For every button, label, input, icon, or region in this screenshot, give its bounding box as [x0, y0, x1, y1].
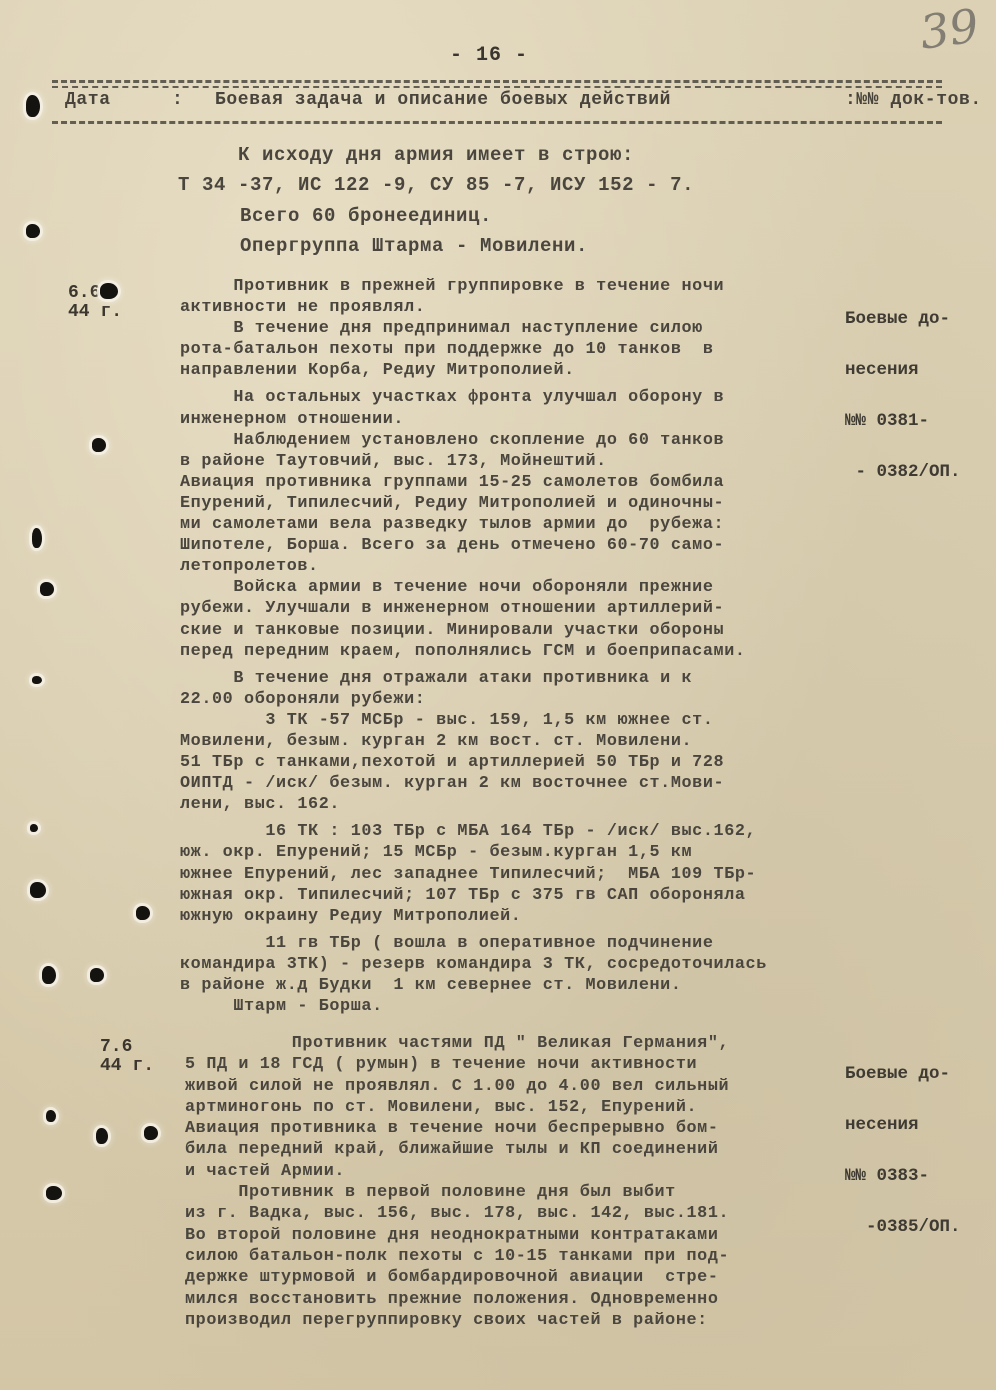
entry-date-year: 44 г. — [68, 303, 122, 322]
punch-hole — [42, 966, 56, 984]
entry-text-line: направлении Корба, Редиу Митрополией. — [180, 360, 767, 381]
entry-text-line: Во второй половине дня неоднократными ко… — [185, 1225, 729, 1246]
header-task-column: Боевая задача и описание боевых действий — [215, 90, 671, 110]
entry-text-line: Шипотеле, Борша. Всего за день отмечено … — [180, 535, 767, 556]
punch-hole — [30, 824, 38, 832]
entry-text-line: активности не проявлял. — [180, 297, 767, 318]
punch-hole — [26, 224, 40, 238]
entry-reference: Боевые до- несения №№ 0383- -0385/ОП. — [845, 1032, 961, 1270]
entry-text-line: 22.00 обороняли рубежи: — [180, 689, 767, 710]
entry-text-line: рубежи. Улучшали в инженерном отношении … — [180, 598, 767, 619]
intro-line: Т 34 -37, ИС 122 -9, СУ 85 -7, ИСУ 152 -… — [178, 175, 694, 197]
entry-text-line: Мовилени, безым. курган 2 км вост. ст. М… — [180, 731, 767, 752]
entry-text-line: ОИПТД - /иск/ безым. курган 2 км восточн… — [180, 773, 767, 794]
entry-text-line: Противник в первой половине дня был выби… — [185, 1182, 729, 1203]
punch-hole — [46, 1186, 62, 1200]
header-docs-column: :№№ док-тов. — [845, 90, 982, 110]
punch-hole — [96, 1128, 108, 1144]
entry-text-line: 11 гв ТБр ( вошла в оперативное подчинен… — [180, 933, 767, 954]
header-rule-top-2 — [52, 86, 942, 88]
document-page: 39 - 16 - Дата : Боевая задача и описани… — [0, 0, 996, 1390]
intro-line: Опергруппа Штарма - Мовилени. — [240, 236, 588, 258]
entry-text-line: в районе ж.д Будки 1 км севернее ст. Мов… — [180, 975, 767, 996]
punch-hole — [32, 528, 42, 548]
entry-text-line: ские и танковые позиции. Минировали учас… — [180, 620, 767, 641]
entry-text-line: Епурений, Типилесчий, Редиу Митрополией … — [180, 493, 767, 514]
punch-hole — [30, 882, 46, 898]
intro-line: Всего 60 бронеединиц. — [240, 206, 492, 228]
entry-body: Противник в прежней группировке в течени… — [180, 276, 767, 1017]
header-date-column: Дата — [65, 90, 111, 110]
entry-text-line: Наблюдением установлено скопление до 60 … — [180, 430, 767, 451]
reference-line: №№ 0383- — [845, 1168, 961, 1185]
header-separator: : — [172, 90, 183, 110]
page-number: - 16 - — [450, 44, 528, 67]
punch-hole — [40, 582, 54, 596]
reference-line: - 0382/ОП. — [845, 464, 961, 481]
header-rule-top — [52, 80, 942, 83]
punch-hole — [90, 968, 104, 982]
archive-folio-number: 39 — [917, 0, 982, 60]
entry-text-line: Штарм - Борша. — [180, 996, 767, 1017]
punch-hole — [144, 1126, 158, 1140]
entry-text-line: силою батальон-полк пехоты с 10-15 танка… — [185, 1246, 729, 1267]
entry-text-line: летопролетов. — [180, 556, 767, 577]
punch-hole — [136, 906, 150, 920]
punch-hole — [100, 283, 118, 299]
entry-text-line: лени, выс. 162. — [180, 794, 767, 815]
header-rule-bottom — [52, 121, 942, 124]
entry-text-line: мился восстановить прежние положения. Од… — [185, 1289, 729, 1310]
entry-text-line: Противник в прежней группировке в течени… — [180, 276, 767, 297]
punch-hole — [32, 676, 42, 684]
entry-text-line: южная окр. Типилесчий; 107 ТБр с 375 гв … — [180, 885, 767, 906]
entry-text-line: На остальных участках фронта улучшал обо… — [180, 387, 767, 408]
entry-text-line: держке штурмовой и бомбардировочной авиа… — [185, 1267, 729, 1288]
entry-date-year: 44 г. — [100, 1057, 154, 1076]
punch-hole — [92, 438, 106, 452]
reference-line: несения — [845, 1117, 961, 1134]
entry-text-line: била передний край, ближайшие тылы и КП … — [185, 1139, 729, 1160]
reference-line: -0385/ОП. — [845, 1219, 961, 1236]
entry-text-line: 51 ТБр с танками,пехотой и артиллерией 5… — [180, 752, 767, 773]
entry-text-line: Войска армии в течение ночи обороняли пр… — [180, 577, 767, 598]
entry-body: Противник частями ПД " Великая Германия"… — [185, 1033, 729, 1331]
entry-text-line: В течение дня отражали атаки противника … — [180, 668, 767, 689]
entry-text-line: Авиация противника группами 15-25 самоле… — [180, 472, 767, 493]
punch-hole — [26, 95, 40, 117]
intro-line: К исходу дня армия имеет в строю: — [238, 145, 634, 167]
entry-text-line: производил перегруппировку своих частей … — [185, 1310, 729, 1331]
reference-line: Боевые до- — [845, 1066, 961, 1083]
entry-text-line: 5 ПД и 18 ГСД ( румын) в течение ночи ак… — [185, 1054, 729, 1075]
entry-text-line: и частей Армии. — [185, 1161, 729, 1182]
entry-text-line: южную окраину Редиу Митрополией. — [180, 906, 767, 927]
reference-line: Боевые до- — [845, 311, 961, 328]
entry-text-line: артминогонь по ст. Мовилени, выс. 152, Е… — [185, 1097, 729, 1118]
entry-text-line: ми самолетами вела разведку тылов армии … — [180, 514, 767, 535]
entry-text-line: 3 ТК -57 МСБр - выс. 159, 1,5 км южнее с… — [180, 710, 767, 731]
reference-line: несения — [845, 362, 961, 379]
entry-text-line: из г. Вадка, выс. 156, выс. 178, выс. 14… — [185, 1203, 729, 1224]
reference-line: №№ 0381- — [845, 413, 961, 430]
entry-text-line: В течение дня предпринимал наступление с… — [180, 318, 767, 339]
entry-text-line: 16 ТК : 103 ТБр с МБА 164 ТБр - /иск/ вы… — [180, 821, 767, 842]
entry-text-line: командира 3ТК) - резерв командира 3 ТК, … — [180, 954, 767, 975]
entry-date: 7.6 44 г. — [100, 1038, 154, 1076]
entry-text-line: Противник частями ПД " Великая Германия"… — [185, 1033, 729, 1054]
entry-text-line: юж. окр. Епурений; 15 МСБр - безым.курга… — [180, 842, 767, 863]
entry-text-line: перед передним краем, пополнялись ГСМ и … — [180, 641, 767, 662]
entry-date-day: 7.6 — [100, 1038, 154, 1057]
entry-text-line: живой силой не проявлял. С 1.00 до 4.00 … — [185, 1076, 729, 1097]
entry-text-line: южнее Епурений, лес западнее Типилесчий;… — [180, 864, 767, 885]
punch-hole — [46, 1110, 56, 1122]
entry-reference: Боевые до- несения №№ 0381- - 0382/ОП. — [845, 277, 961, 515]
entry-text-line: рота-батальон пехоты при поддержке до 10… — [180, 339, 767, 360]
entry-text-line: инженерном отношении. — [180, 409, 767, 430]
entry-text-line: Авиация противника в течение ночи беспре… — [185, 1118, 729, 1139]
entry-text-line: в районе Таутовчий, выс. 173, Мойнештий. — [180, 451, 767, 472]
